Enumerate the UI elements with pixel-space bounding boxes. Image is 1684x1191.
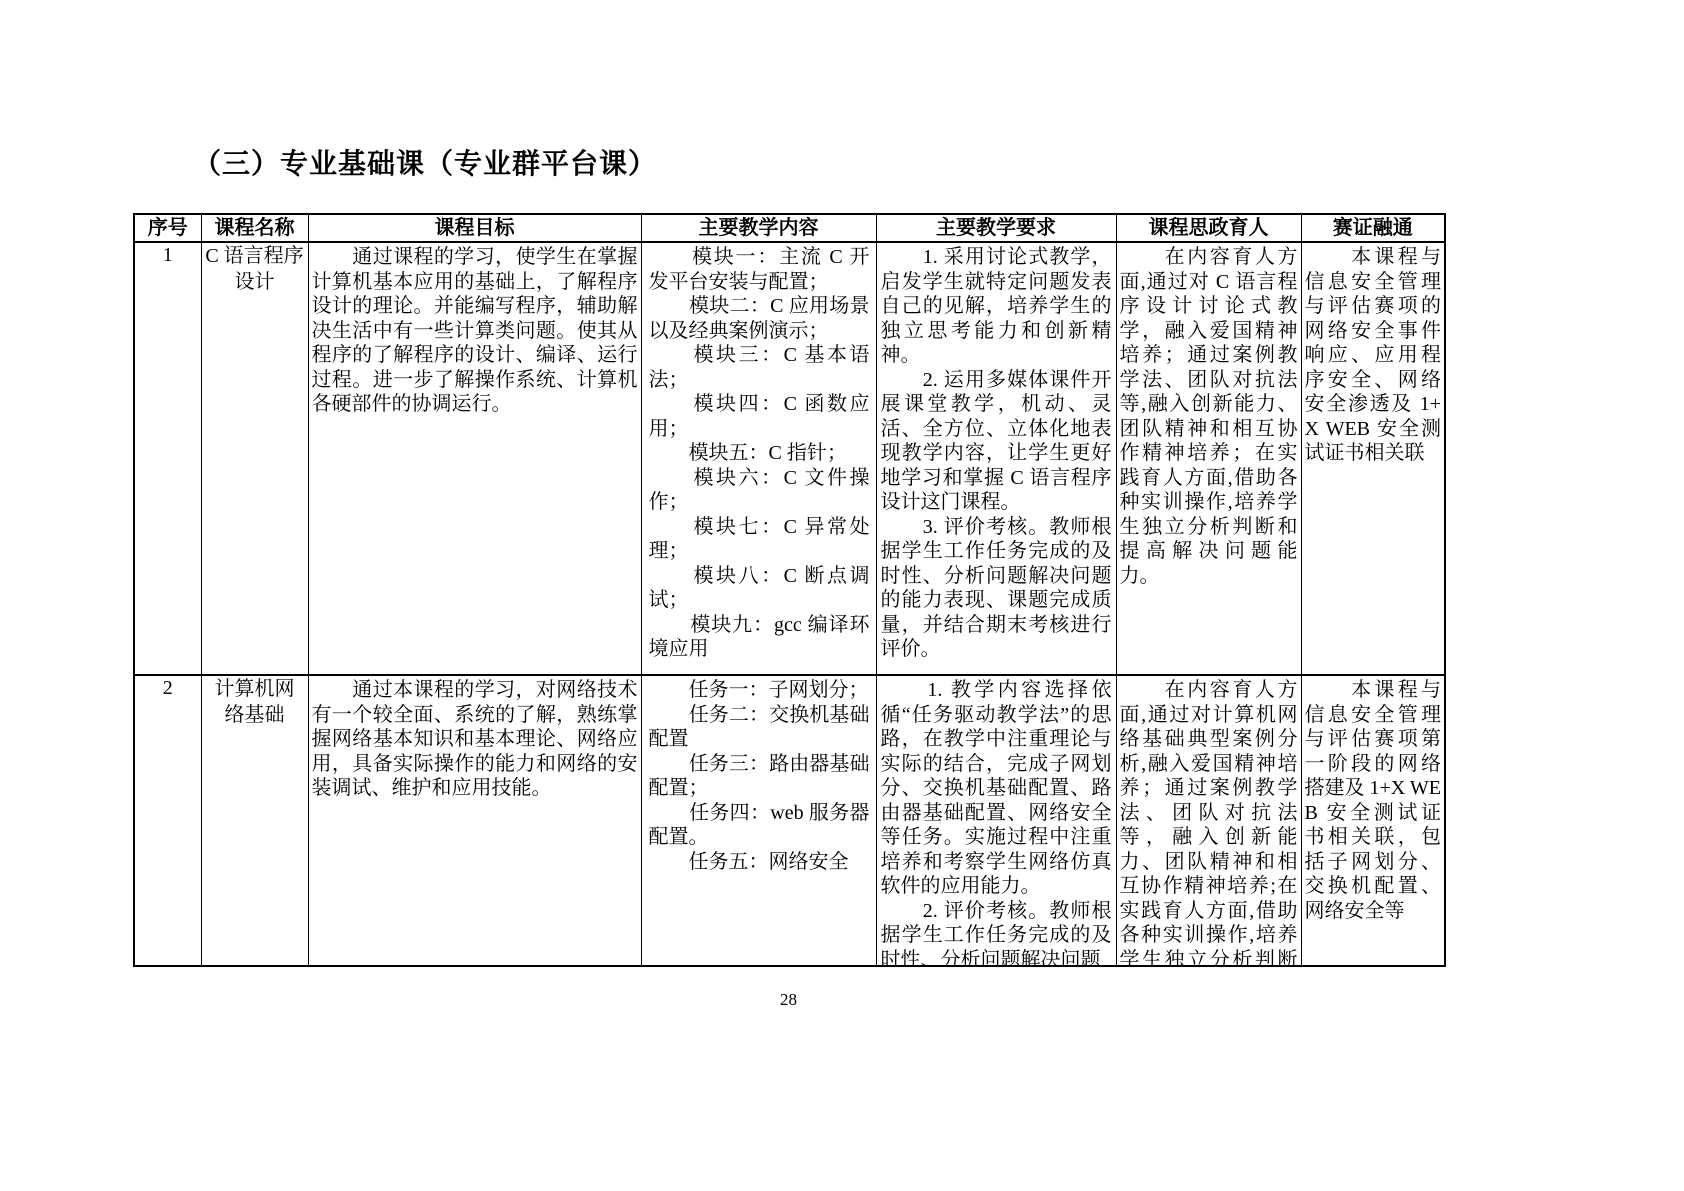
course-ideology: 在内容育人方面,通过对计算机网络基础典型案例分析,融入爱国精神培养；通过案例教学… <box>1117 676 1301 965</box>
header-cell-certification: 赛证融通 <box>1301 214 1445 242</box>
course-teaching-content: 模块一：主流 C 开发平台安装与配置； 模块二：C 应用场景以及经典案例演示； … <box>642 243 876 662</box>
course-teaching-content: 任务一：子网划分； 任务二：交换机基础配置 任务三：路由器基础配置； 任务四：w… <box>642 676 876 874</box>
course-ideology: 在内容育人方面,通过对 C 语言程序设计讨论式教学，融入爱国精神培养；通过案例教… <box>1117 243 1301 588</box>
header-cell-ideology: 课程思政育人 <box>1116 214 1301 242</box>
course-row: 2 计算机网 络基础 通过本课程的学习，对网络技术有一个较全面、系统的了解，熟练… <box>134 675 1445 966</box>
course-seq: 2 <box>163 677 173 699</box>
course-objectives: 通过本课程的学习，对网络技术有一个较全面、系统的了解，熟练掌握网络基本知识和基本… <box>309 676 641 801</box>
cell-course-name: 计算机网 络基础 <box>201 675 308 966</box>
course-certification: 本课程与信息安全管理与评估赛项的网络安全事件响应、应用程序安全、网络安全渗透及 … <box>1302 243 1445 466</box>
cell-objectives: 通过本课程的学习，对网络技术有一个较全面、系统的了解，熟练掌握网络基本知识和基本… <box>308 675 641 966</box>
cell-teaching-content: 任务一：子网划分； 任务二：交换机基础配置 任务三：路由器基础配置； 任务四：w… <box>641 675 876 966</box>
document-page: （三）专业基础课（专业群平台课） 序号 课程名称 课程目标 主要教学内容 主要教… <box>0 0 1684 1191</box>
course-certification: 本课程与信息安全管理与评估赛项第一阶段的网络搭建及 1+X WEB 安全测试证书… <box>1302 676 1445 923</box>
cell-course-name: C 语言程序 设计 <box>201 242 308 675</box>
header-cell-teaching-content: 主要教学内容 <box>641 214 876 242</box>
cell-teaching-content: 模块一：主流 C 开发平台安装与配置； 模块二：C 应用场景以及经典案例演示； … <box>641 242 876 675</box>
cell-objectives: 通过课程的学习，使学生在掌握计算机基本应用的基础上，了解程序设计的理论。并能编写… <box>308 242 641 675</box>
cell-certification: 本课程与信息安全管理与评估赛项第一阶段的网络搭建及 1+X WEB 安全测试证书… <box>1301 675 1445 966</box>
header-cell-course-name: 课程名称 <box>201 214 308 242</box>
table-header-row: 序号 课程名称 课程目标 主要教学内容 主要教学要求 课程思政育人 赛证融通 <box>134 214 1445 242</box>
cell-teaching-requirements: 1. 教学内容选择依循“任务驱动教学法”的思路，在教学中注重理论与实际的结合，完… <box>876 675 1116 966</box>
course-teaching-requirements: 1. 教学内容选择依循“任务驱动教学法”的思路，在教学中注重理论与实际的结合，完… <box>877 676 1116 965</box>
page-number: 28 <box>133 990 1444 1010</box>
course-row: 1 C 语言程序 设计 通过课程的学习，使学生在掌握计算机基本应用的基础上，了解… <box>134 242 1445 675</box>
header-cell-seq: 序号 <box>134 214 201 242</box>
cell-ideology: 在内容育人方面,通过对 C 语言程序设计讨论式教学，融入爱国精神培养；通过案例教… <box>1116 242 1301 675</box>
cell-certification: 本课程与信息安全管理与评估赛项的网络安全事件响应、应用程序安全、网络安全渗透及 … <box>1301 242 1445 675</box>
section-title: （三）专业基础课（专业群平台课） <box>193 142 657 182</box>
courses-table: 序号 课程名称 课程目标 主要教学内容 主要教学要求 课程思政育人 赛证融通 1… <box>133 213 1446 967</box>
cell-teaching-requirements: 1. 采用讨论式教学，启发学生就特定问题发表自己的见解，培养学生的独立思考能力和… <box>876 242 1116 675</box>
cell-seq: 1 <box>134 242 201 675</box>
cell-seq: 2 <box>134 675 201 966</box>
course-name: 计算机网 络基础 <box>202 676 308 728</box>
header-cell-teaching-requirements: 主要教学要求 <box>876 214 1116 242</box>
header-cell-objectives: 课程目标 <box>308 214 641 242</box>
course-teaching-requirements: 1. 采用讨论式教学，启发学生就特定问题发表自己的见解，培养学生的独立思考能力和… <box>877 243 1116 662</box>
course-objectives: 通过课程的学习，使学生在掌握计算机基本应用的基础上，了解程序设计的理论。并能编写… <box>309 243 641 417</box>
cell-ideology: 在内容育人方面,通过对计算机网络基础典型案例分析,融入爱国精神培养；通过案例教学… <box>1116 675 1301 966</box>
course-seq: 1 <box>163 244 173 266</box>
course-name: C 语言程序 设计 <box>202 243 308 295</box>
